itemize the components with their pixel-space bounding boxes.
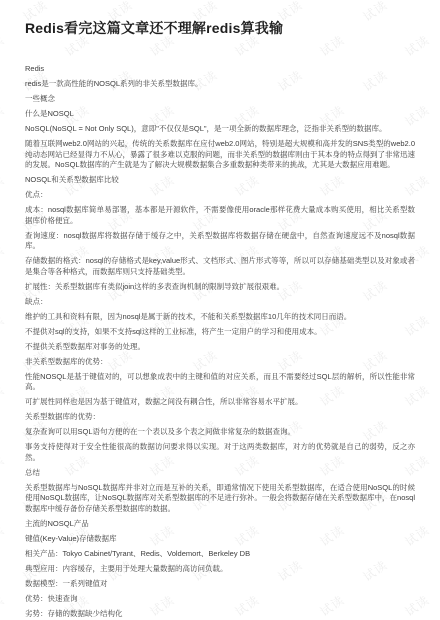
paragraph: 随着互联网web2.0网站的兴起，传统的关系数据库在应付web2.0网站，特别是… — [25, 139, 415, 171]
page-title: Redis看完这篇文章还不理解redis算我输 — [25, 18, 415, 38]
paragraph: redis是一款高性能的NOSQL系列的非关系型数据库。 — [25, 79, 415, 90]
paragraph: 主流的NOSQL产品 — [25, 519, 415, 530]
paragraph: 缺点： — [25, 297, 415, 308]
paragraph: NoSQL(NoSQL = Not Only SQL)，意即"不仅仅是SQL"，… — [25, 124, 415, 135]
paragraph: Redis — [25, 64, 415, 75]
paragraph: 键值(Key-Value)存储数据库 — [25, 534, 415, 545]
document-content: Redis看完这篇文章还不理解redis算我输 Redisredis是一款高性能… — [0, 0, 440, 619]
paragraph: 性能NOSQL是基于键值对的，可以想象成表中的主键和值的对应关系，而且不需要经过… — [25, 372, 415, 393]
paragraph: 关系型数据库与NoSQL数据库并非对立而是互补的关系，即通常情况下使用关系型数据… — [25, 483, 415, 515]
paragraph: 存储数据的格式：nosql的存储格式是key,value形式、文档形式、图片形式… — [25, 256, 415, 277]
paragraph: 不提供关系型数据库对事务的处理。 — [25, 342, 415, 353]
paragraph: 可扩展性同样也是因为基于键值对，数据之间没有耦合性，所以非常容易水平扩展。 — [25, 397, 415, 408]
document-body: Redisredis是一款高性能的NOSQL系列的非关系型数据库。一些概念什么是… — [25, 64, 415, 619]
paragraph: 成本：nosql数据库简单易部署，基本都是开源软件，不需要像使用oracle那样… — [25, 205, 415, 226]
paragraph: NOSQL和关系型数据库比较 — [25, 175, 415, 186]
paragraph: 相关产品：Tokyo Cabinet/Tyrant、Redis、Voldemor… — [25, 549, 415, 560]
paragraph: 什么是NOSQL — [25, 109, 415, 120]
paragraph: 非关系型数据库的优势： — [25, 357, 415, 368]
paragraph: 数据模型：一系列键值对 — [25, 579, 415, 590]
paragraph: 典型应用：内容缓存，主要用于处理大量数据的高访问负载。 — [25, 564, 415, 575]
paragraph: 关系型数据库的优势： — [25, 412, 415, 423]
paragraph: 事务支持使得对于安全性能很高的数据访问要求得以实现。对于这两类数据库，对方的优势… — [25, 442, 415, 463]
paragraph: 维护的工具和资料有限，因为nosql是属于新的技术，不能和关系型数据库10几年的… — [25, 312, 415, 323]
document-page: 试读试读试读试读试读试读试读试读试读试读试读试读试读试读试读试读试读试读试读试读… — [0, 0, 440, 620]
paragraph: 不提供对sql的支持，如果不支持sql这样的工业标准，将产生一定用户的学习和使用… — [25, 327, 415, 338]
paragraph: 扩展性：关系型数据库有类似join这样的多表查询机制的限制导致扩展很艰难。 — [25, 282, 415, 293]
paragraph: 优势：快速查询 — [25, 594, 415, 605]
paragraph: 查询速度：nosql数据库将数据存储于缓存之中，关系型数据库将数据存储在硬盘中，… — [25, 231, 415, 252]
paragraph: 劣势：存储的数据缺少结构化 — [25, 609, 415, 620]
paragraph: 一些概念 — [25, 94, 415, 105]
paragraph: 优点： — [25, 190, 415, 201]
paragraph: 复杂查询可以用SQL语句方便的在一个表以及多个表之间做非常复杂的数据查询。 — [25, 427, 415, 438]
paragraph: 总结 — [25, 468, 415, 479]
